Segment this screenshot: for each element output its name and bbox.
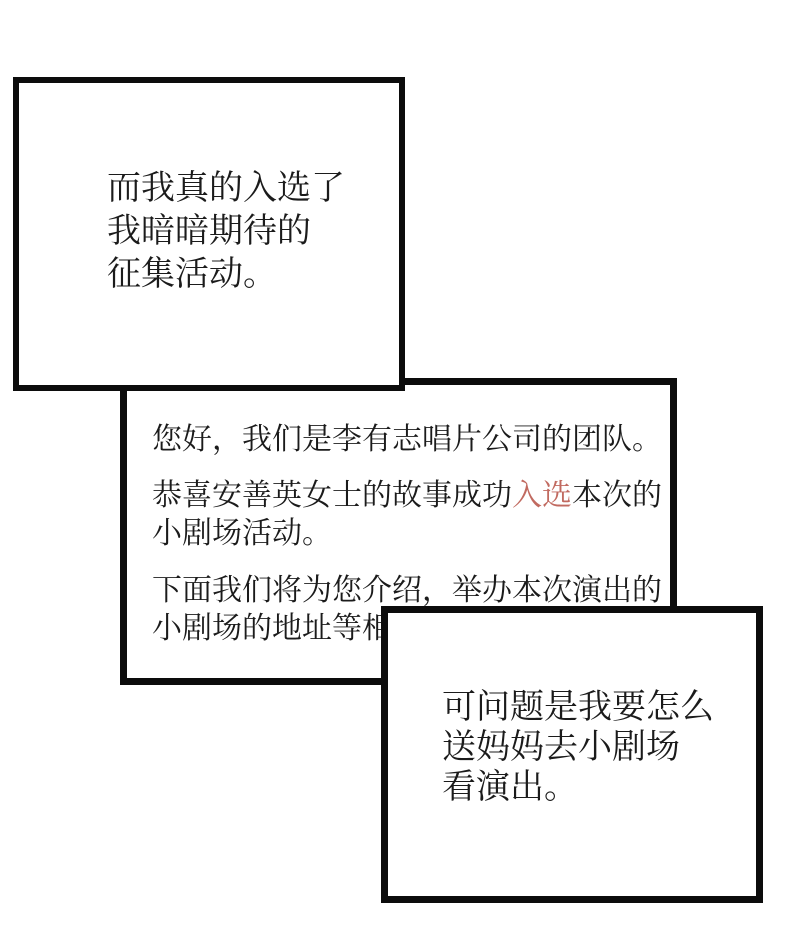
letter-intro-line1: 下面我们将为您介绍，举办本次演出的 xyxy=(152,573,662,608)
thought-line-3: 看演出。 xyxy=(442,767,578,807)
thought-panel: 可问题是我要怎么 送妈妈去小剧场 看演出。 xyxy=(381,606,763,903)
narration-line-2: 我暗暗期待的 xyxy=(107,211,311,251)
narration-line-3: 征集活动。 xyxy=(107,254,277,294)
narration-line-1: 而我真的入选了 xyxy=(107,168,345,208)
comic-page: 您好，我们是李有志唱片公司的团队。 恭喜安善英女士的故事成功入选本次的 小剧场活… xyxy=(0,0,800,935)
letter-greeting-text: 您好，我们是李有志唱片公司的团队。 xyxy=(152,422,662,457)
letter-congrats-text-after: 本次的 xyxy=(572,478,662,513)
letter-intro-line2: 小剧场的地址等相 xyxy=(152,611,392,646)
thought-text: 可问题是我要怎么 送妈妈去小剧场 看演出。 xyxy=(388,613,756,807)
letter-congrats-highlight: 入选 xyxy=(512,478,572,513)
narration-panel: 而我真的入选了 我暗暗期待的 征集活动。 xyxy=(13,77,405,391)
thought-line-2: 送妈妈去小剧场 xyxy=(442,727,680,767)
letter-congrats-line2: 小剧场活动。 xyxy=(152,516,332,551)
narration-text: 而我真的入选了 我暗暗期待的 征集活动。 xyxy=(19,83,399,296)
thought-line-1: 可问题是我要怎么 xyxy=(442,687,714,727)
letter-congrats-text-before: 恭喜安善英女士的故事成功 xyxy=(152,478,512,513)
letter-paragraph-congrats: 恭喜安善英女士的故事成功入选本次的 小剧场活动。 xyxy=(152,477,670,553)
letter-paragraph-greeting: 您好，我们是李有志唱片公司的团队。 xyxy=(152,421,670,459)
